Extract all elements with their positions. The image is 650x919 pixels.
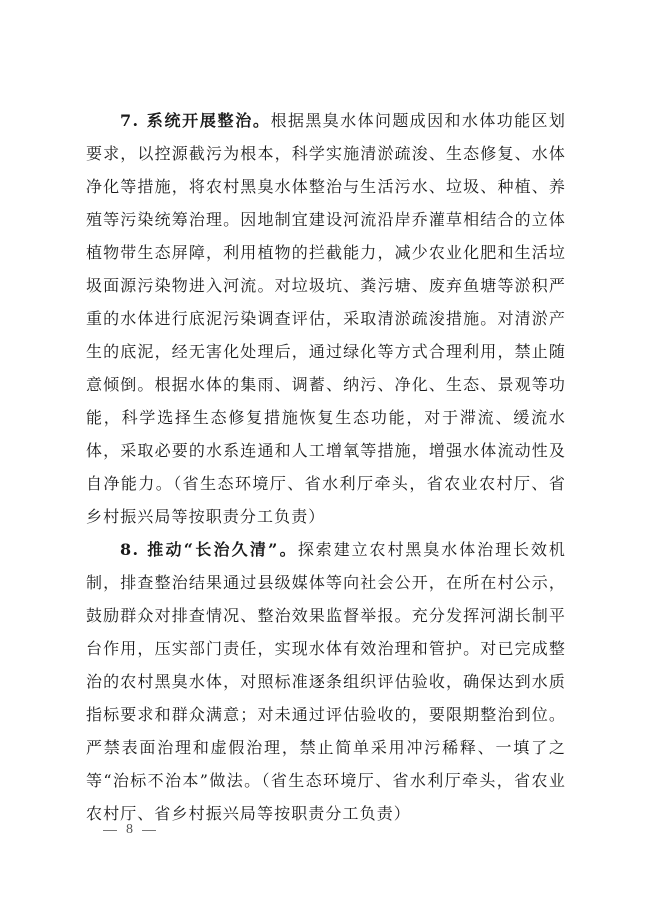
paragraph-8: 8. 推动“长治久清”。探索建立农村黑臭水体治理长效机制，排查整治结果通过县级媒… bbox=[86, 533, 566, 830]
dash-right bbox=[142, 830, 156, 831]
paragraph-body-8: 探索建立农村黑臭水体治理长效机制，排查整治结果通过县级媒体等向社会公开，在所在村… bbox=[86, 540, 566, 790]
dash-left bbox=[103, 830, 117, 831]
paragraph-body-7: 根据黑臭水体问题成因和水体功能区划要求，以控源截污为根本，科学实施清淤疏浚、生态… bbox=[86, 111, 566, 493]
page-number-value: 8 bbox=[126, 822, 133, 838]
section-heading-8: 8. 推动“长治久清”。 bbox=[120, 540, 298, 559]
page-number: 8 bbox=[103, 822, 156, 838]
document-page: 7. 系统开展整治。根据黑臭水体问题成因和水体功能区划要求，以控源截污为根本，科… bbox=[0, 0, 650, 919]
paragraph-7: 7. 系统开展整治。根据黑臭水体问题成因和水体功能区划要求，以控源截污为根本，科… bbox=[86, 104, 566, 533]
section-heading-7: 7. 系统开展整治。 bbox=[120, 111, 271, 130]
body-text: 7. 系统开展整治。根据黑臭水体问题成因和水体功能区划要求，以控源截污为根本，科… bbox=[86, 104, 566, 830]
